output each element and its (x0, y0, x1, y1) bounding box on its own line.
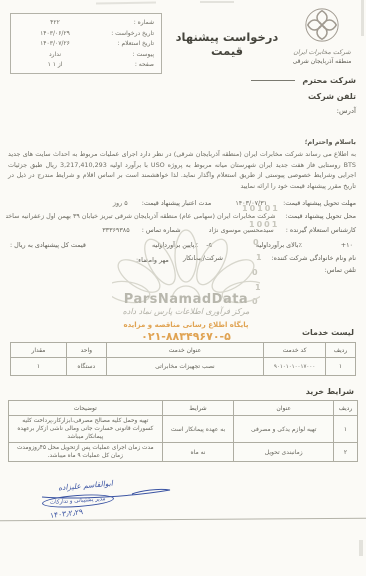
purchase-col-notes: توضیحات (9, 401, 163, 416)
meta-value: ۱۴۰۳/۰۶/۲۹ (18, 29, 92, 38)
service-row-number: ۱ (326, 358, 356, 376)
validity-label: مدت اعتبار پیشنهاد قیمت: (142, 199, 212, 207)
meta-row-page: صفحه : ۱ از ۱ (18, 60, 154, 69)
org-region-label: منطقه آذربایجان شرقی (286, 58, 358, 65)
scan-noise-mark (361, 0, 364, 36)
total-price-label: قیمت کل پیشنهادی به ریال : (10, 241, 86, 249)
purchase-terms-cell: به عهده پیمانکار است (162, 416, 234, 443)
contact-phone-label: تلفن تماس: (325, 266, 356, 274)
meta-row-inquiry-date: تاریخ استعلام : ۱۴۰۳/۰۷/۲۶ (18, 39, 154, 48)
meta-label: صفحه : (92, 60, 154, 69)
purchase-col-terms: شرایط (162, 401, 234, 416)
signature-date-handwriting: ۱۴۰۳٫۲٫۲۹ (50, 507, 84, 520)
services-col-unit: واحد (66, 343, 106, 358)
delivery-place-line: محل تحویل پیشنهاد قیمت: شرکت مخابرات ایر… (6, 212, 356, 220)
service-qty: ۱ (11, 358, 67, 376)
page-title: درخواست پیشنهاد قیمت (166, 30, 288, 58)
participant-name-label: نام ونام خانوادگی شرکت کننده: (272, 254, 357, 262)
letter-body-paragraph: به اطلاع می رساند شرکت مخابرات ایران (من… (8, 149, 356, 191)
purchase-row-number: ۲ (334, 443, 358, 462)
services-header-row: ردیف کد خدمت عنوان خدمت واحد مقدار (11, 343, 356, 358)
service-title: نصب تجهیزات مخابراتی (106, 358, 263, 376)
blank-fill-line (251, 80, 295, 81)
services-col-title: عنوان خدمت (106, 343, 263, 358)
table-row: ۱ ۹۰۱۰۱۰۱۰۰۱۷۰۰۰ نصب تجهیزات مخابراتی دس… (11, 358, 356, 376)
deadline-label: مهلت تحویل پیشنهاد قیمت: (283, 199, 356, 207)
scan-noise-mark (359, 540, 363, 556)
meta-row-attachment: پیوست : ندارد (18, 50, 154, 59)
service-unit: دستگاه (66, 358, 106, 376)
tci-swirl-logo-icon (303, 6, 341, 44)
meta-value: ۱ از ۱ (18, 60, 92, 69)
purchase-row-number: ۱ (334, 416, 358, 443)
watermark-brand-text: ParsNamadData (110, 292, 262, 307)
purchase-notes-cell: تهیه وحمل کلیه مصالح مصرفی،ابزارکار،پردا… (9, 416, 163, 443)
watermark-binary-digits: 10101 (242, 204, 280, 213)
purchase-section-title: شرایط خرید (306, 387, 354, 396)
org-name-script: شرکت مخابرات ایران (286, 49, 358, 56)
recipient-address-label: آدرس: (337, 107, 356, 115)
recipient-company-label: شرکت محترم (302, 76, 356, 85)
meta-label: تاریخ درخواست : (92, 29, 154, 38)
salutation: باسلام واحترام؛ (305, 138, 356, 146)
meta-row-number: شماره : ۴۲۲ (18, 18, 154, 27)
document-meta-box: شماره : ۴۲۲ تاریخ درخواست : ۱۴۰۳/۰۶/۲۹ ت… (10, 13, 162, 74)
watermark-tagline: پایگاه اطلاع رسانی مناقصه و مزایده (98, 321, 274, 329)
meta-label: تاریخ استعلام : (92, 39, 154, 48)
purchase-conditions-table: ردیف عنوان شرایط توضیحات ۱ تهیه لوازم ید… (8, 400, 358, 462)
expert-label: کارشناس استعلام گیرنده : (286, 226, 356, 234)
meta-row-request-date: تاریخ درخواست : ۱۴۰۳/۰۶/۲۹ (18, 29, 154, 38)
deadline-line: مهلت تحویل پیشنهاد قیمت: ۱۴۰۳/۰۷/۳۱ مدت … (113, 199, 356, 207)
table-row: ۱ تهیه لوازم یدکی و مصرفی به عهده پیمانک… (9, 416, 358, 443)
delivery-place-value: شرکت مخابرات ایران (سهامی عام) منطقه آذر… (6, 212, 275, 220)
meta-label: پیوست : (92, 50, 154, 59)
upper-bound-label: ٪بالای برآورداولیه (256, 241, 302, 249)
services-col-code: کد خدمت (264, 343, 326, 358)
services-table: ردیف کد خدمت عنوان خدمت واحد مقدار ۱ ۹۰۱… (10, 342, 356, 376)
table-row: ۲ زمانبندی تحویل نه ماه مدت زمان اجرای ع… (9, 443, 358, 462)
recipient-phone-label: تلفن شرکت (308, 92, 356, 101)
purchase-col-title: عنوان (234, 401, 334, 416)
purchase-col-row: ردیف (334, 401, 358, 416)
validity-value: ۵ روز (113, 199, 128, 207)
scan-noise-mark (96, 1, 156, 4)
purchase-notes-cell: مدت زمان اجرای عملیات پس ازتحویل محل ۴۵ر… (9, 443, 163, 462)
meta-value: ۴۲۲ (18, 18, 92, 27)
service-code: ۹۰۱۰۱۰۱۰۰۱۷۰۰۰ (264, 358, 326, 376)
meta-value: ۱۴۰۳/۰۷/۲۶ (18, 39, 92, 48)
purchase-header-row: ردیف عنوان شرایط توضیحات (9, 401, 358, 416)
purchase-terms-cell: نه ماه (162, 443, 234, 462)
scan-noise-mark (200, 1, 234, 3)
recipient-company-line: شرکت محترم (251, 76, 356, 85)
purchase-title-cell: تهیه لوازم یدکی و مصرفی (234, 416, 334, 443)
scanned-document-page: شماره : ۴۲۲ تاریخ درخواست : ۱۴۰۳/۰۶/۲۹ ت… (0, 0, 366, 576)
watermark-brand-script: مرکز فرآوری اطلاعات پارس نماد داده (100, 307, 272, 316)
services-col-row: ردیف (326, 343, 356, 358)
tci-logo-block: شرکت مخابرات ایران منطقه آذربایجان شرقی (286, 6, 358, 65)
meta-value: ندارد (18, 50, 92, 59)
purchase-title-cell: زمانبندی تحویل (234, 443, 334, 462)
services-section-title: لیست خدمات (302, 328, 354, 337)
meta-label: شماره : (92, 18, 154, 27)
upper-bound-value: +۱۰ (341, 241, 353, 249)
services-col-qty: مقدار (11, 343, 67, 358)
delivery-place-label: محل تحویل پیشنهاد قیمت: (286, 212, 357, 220)
